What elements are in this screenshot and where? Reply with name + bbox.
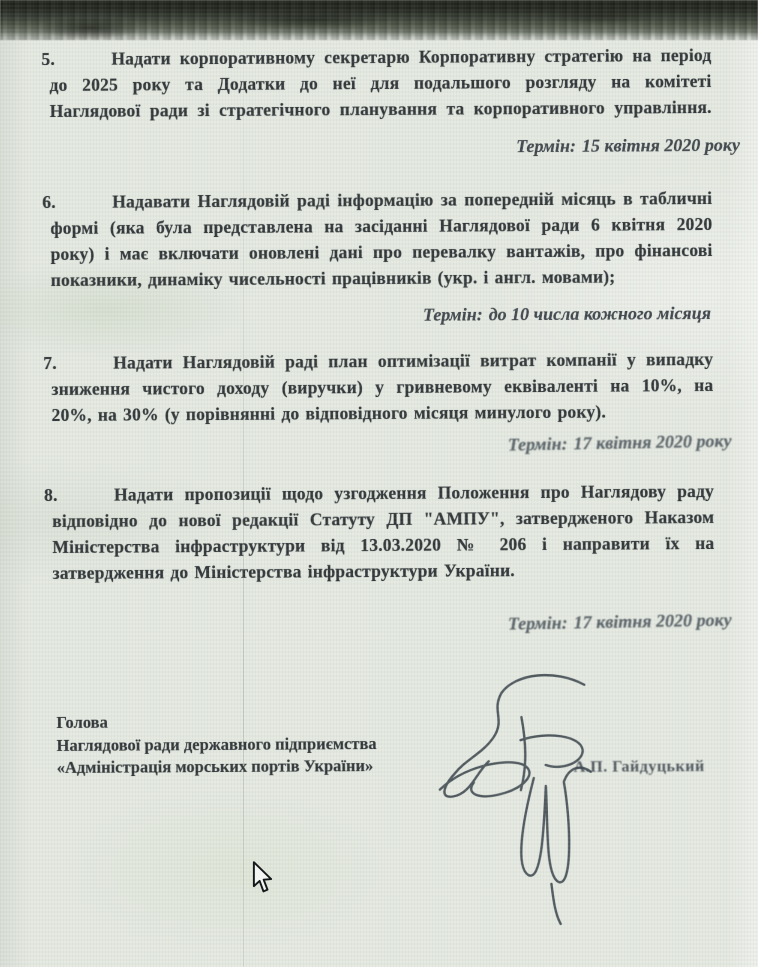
scanned-document-page: 5. Надати корпоративному секретарю Корпо… bbox=[0, 0, 758, 967]
document-content: 5. Надати корпоративному секретарю Корпо… bbox=[0, 0, 758, 967]
item-text-line: показники, динаміку чисельності працівни… bbox=[51, 263, 713, 293]
signatory-name: А.П. Гайдуцький bbox=[574, 758, 705, 777]
item-text-line: Надавати Наглядовій раді інформацію за п… bbox=[50, 185, 712, 215]
item-number: 6. bbox=[42, 189, 56, 215]
item-number: 5. bbox=[41, 46, 55, 72]
signatory-title-line: Голова bbox=[56, 710, 376, 734]
signatory-title-line: «Адміністрація морських портів України» bbox=[57, 755, 377, 779]
deadline-label: Термін: bbox=[516, 136, 576, 156]
paper-fold-line bbox=[243, 0, 244, 967]
deadline-value: 17 квітня 2020 року bbox=[574, 430, 732, 453]
list-item-5: 5. Надати корпоративному секретарю Корпо… bbox=[49, 42, 711, 124]
deadline-label: Термін: bbox=[508, 433, 568, 454]
item-text-line: року) і має включати оновлені дані про п… bbox=[51, 237, 713, 267]
list-item-6: 6. Надавати Наглядовій раді інформацію з… bbox=[50, 185, 713, 293]
item-text-line: Надати пропозиції щодо узгодження Положе… bbox=[52, 478, 714, 508]
list-item-7: 7. Надати Наглядовій раді план оптимізац… bbox=[51, 346, 713, 428]
item-number: 7. bbox=[43, 350, 57, 376]
item-text-line: формі (яка була представлена на засіданн… bbox=[50, 211, 712, 241]
handwritten-signature-icon bbox=[429, 661, 621, 934]
item-text-line: Надати Наглядовій раді план оптимізації … bbox=[51, 346, 713, 376]
signatory-title-line: Наглядової ради державного підприємства bbox=[57, 733, 377, 757]
deadline-value: до 10 числа кожного місяця bbox=[489, 303, 711, 324]
item-text-line: Надати корпоративному секретарю Корпорат… bbox=[49, 42, 711, 72]
deadline-value: 15 квітня 2020 року bbox=[582, 135, 740, 156]
deadline-5: Термін:15 квітня 2020 року bbox=[516, 133, 740, 158]
item-text-line: Наглядової ради зі стратегічного планува… bbox=[50, 94, 712, 124]
item-text-line: зниження чистого доходу (виручки) у грив… bbox=[51, 372, 713, 402]
item-text-line: Міністерства інфраструктури від 13.03.20… bbox=[52, 530, 714, 560]
item-text-line: відповідно до нової редакції Статуту ДП … bbox=[52, 504, 714, 534]
item-number: 8. bbox=[44, 482, 58, 508]
deadline-6: Термін:до 10 числа кожного місяця bbox=[423, 301, 711, 327]
deadline-value: 17 квітня 2020 року bbox=[574, 609, 732, 632]
mouse-cursor-icon bbox=[251, 861, 274, 896]
item-text-line: затвердження до Міністерства інфраструкт… bbox=[52, 556, 714, 586]
deadline-8: Термін:17 квітня 2020 року bbox=[508, 609, 732, 634]
item-text-line: 20%, на 30% (у порівнянні до відповідног… bbox=[51, 398, 713, 428]
deadline-label: Термін: bbox=[423, 304, 483, 324]
list-item-8: 8. Надати пропозиції щодо узгодження Пол… bbox=[52, 478, 715, 586]
signatory-title: Голова Наглядової ради державного підпри… bbox=[56, 710, 376, 779]
deadline-label: Термін: bbox=[508, 612, 568, 633]
item-text-line: до 2025 року та Додатки до неї для подал… bbox=[49, 68, 711, 98]
deadline-7: Термін:17 квітня 2020 року bbox=[508, 430, 732, 455]
